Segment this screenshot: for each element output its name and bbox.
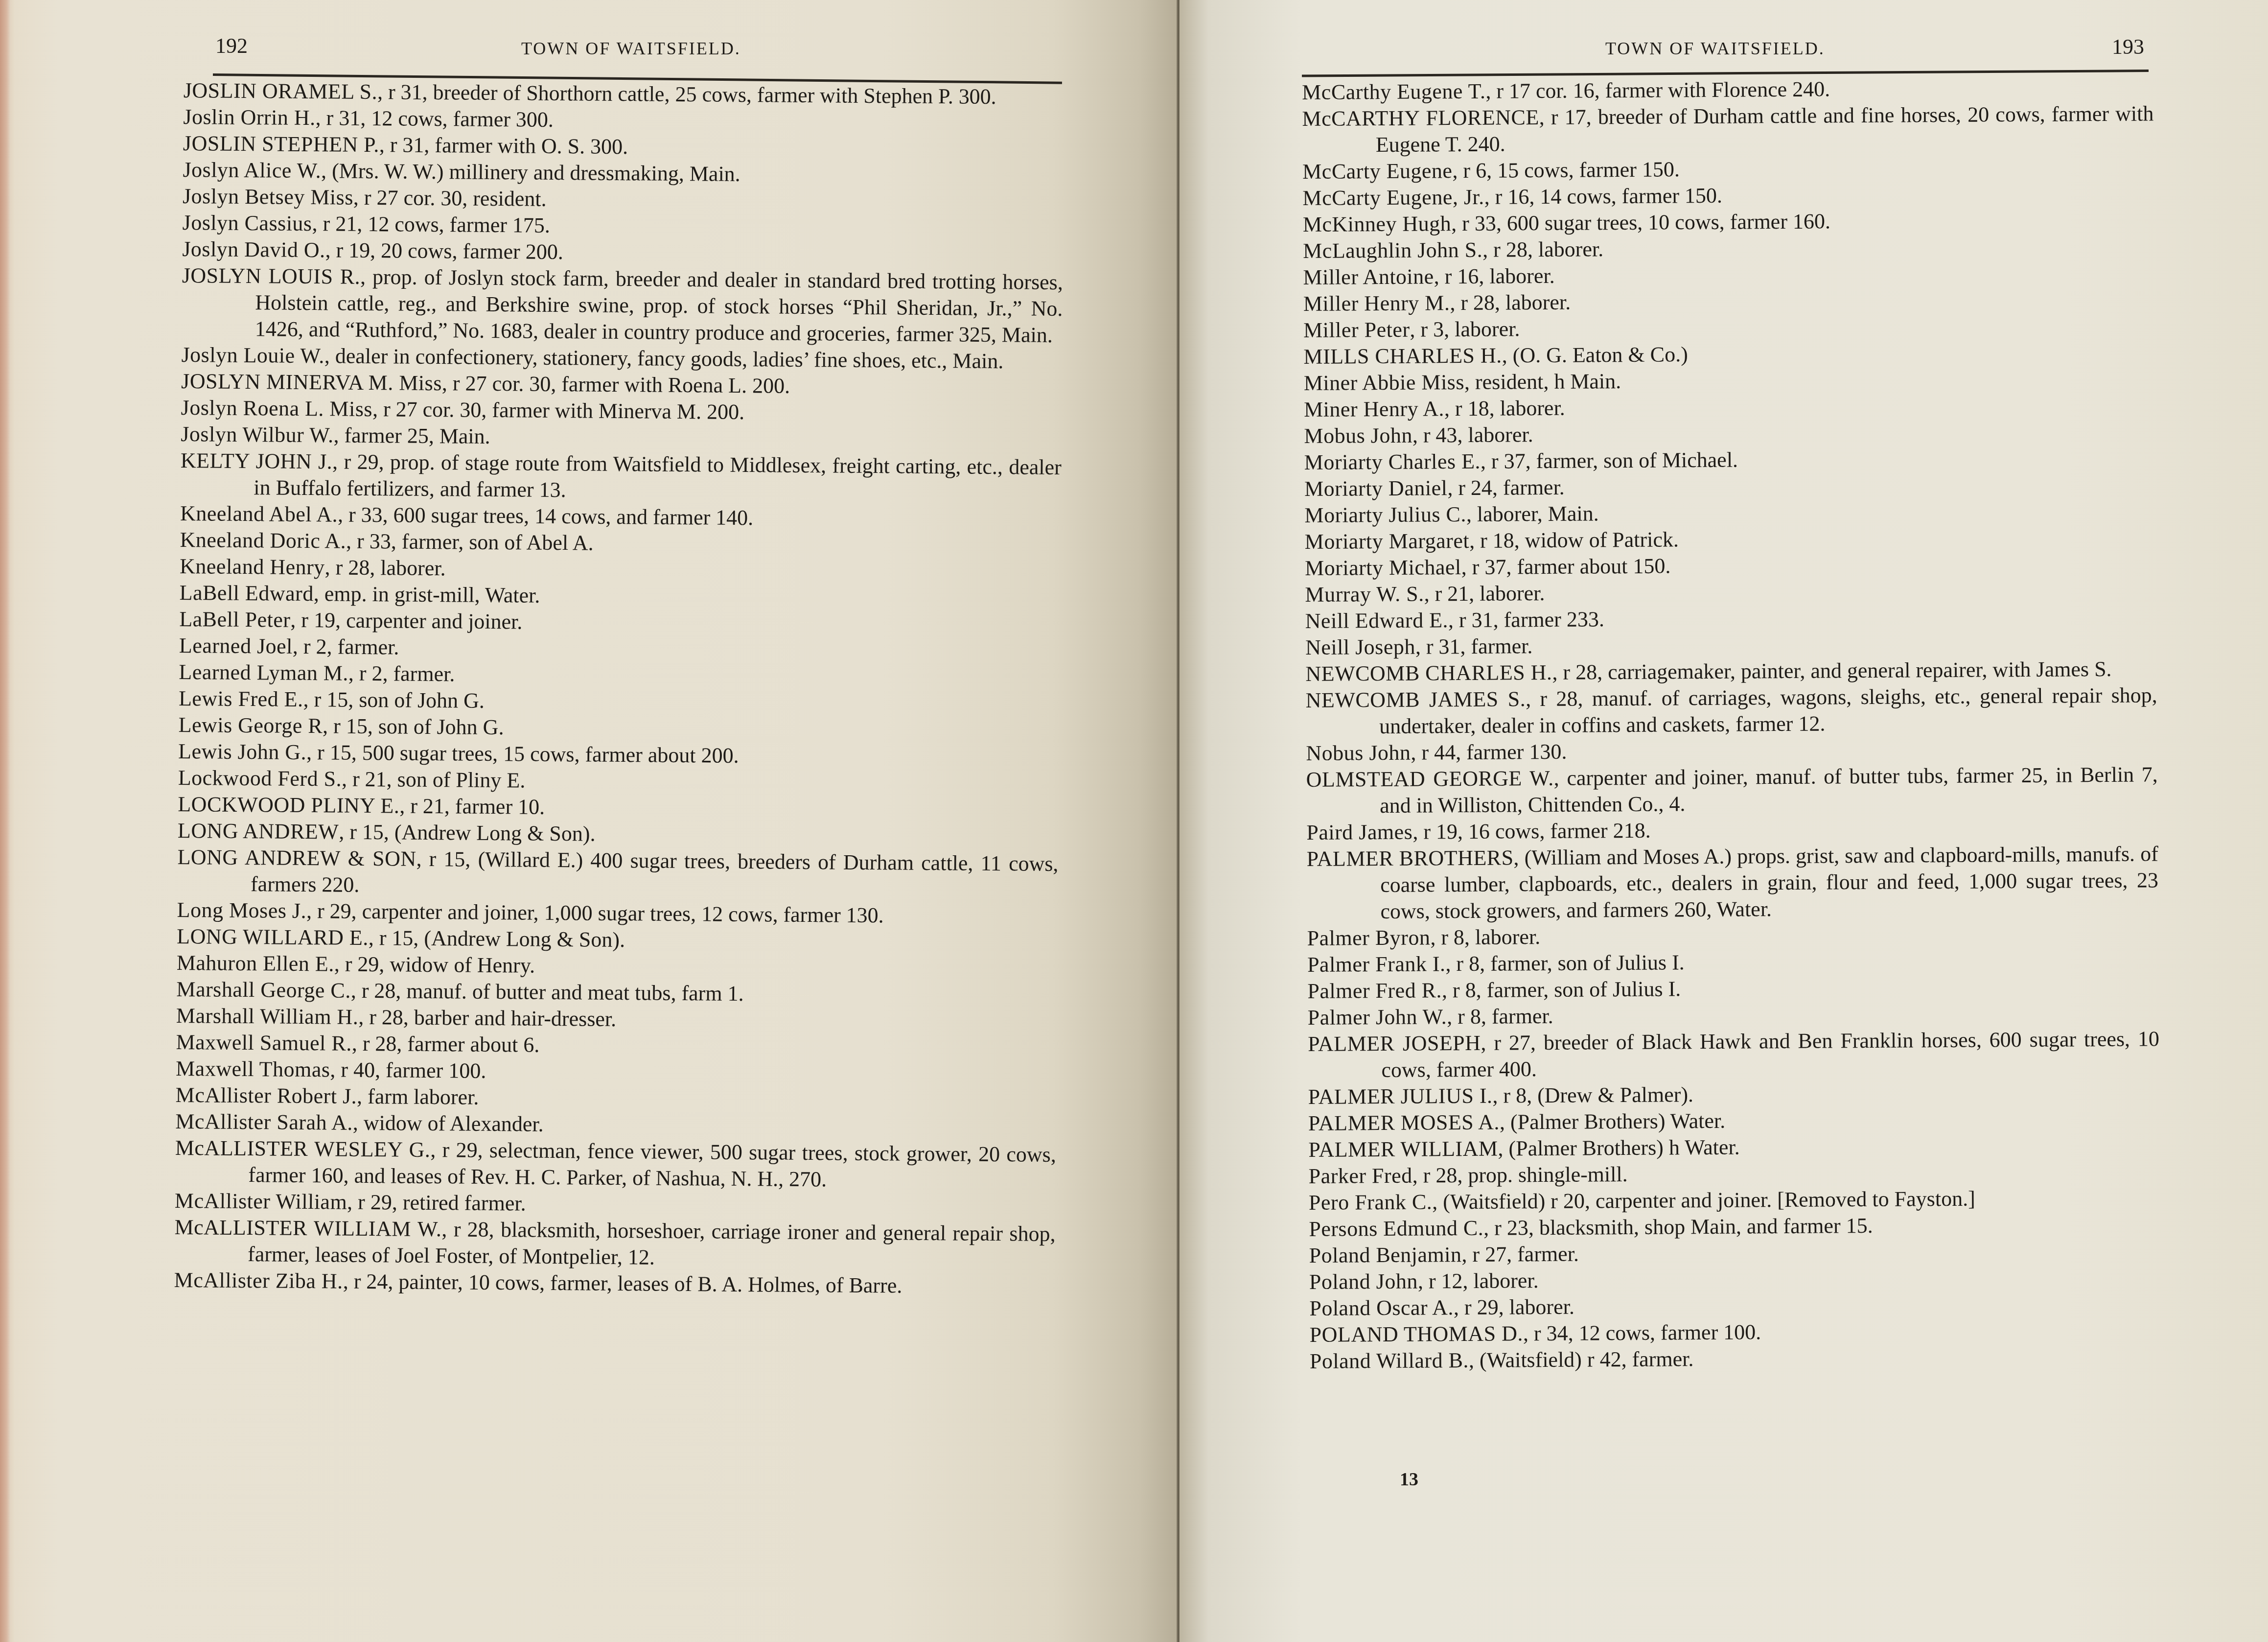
entry-name: Miller Antoine [1303,264,1434,289]
entry-name: LONG ANDREW & SON [177,845,416,871]
directory-entry: OLMSTEAD GEORGE W., carpenter and joiner… [1306,761,2158,820]
entry-details: , r 21, laborer. [1424,581,1545,606]
entry-name: Palmer Fred R. [1307,978,1442,1003]
directory-entry: McCARTHY FLORENCE, r 17, breeder of Durh… [1302,100,2154,159]
entry-details: , r 34, 12 cows, farmer 100. [1523,1320,1761,1345]
directory-entry: LONG ANDREW & SON, r 15, (Willard E.) 40… [177,844,1059,904]
entry-details: , r 8, (Drew & Palmer). [1492,1082,1693,1108]
entry-details: , r 29, prop. of stage route from Waitsf… [254,449,1062,502]
entry-name: PALMER BROTHERS [1307,845,1514,871]
entry-name: Palmer Frank I. [1307,952,1446,977]
page-number-left: 192 [215,33,248,58]
entry-details: , r 28, laborer. [325,555,446,580]
entry-details: , r 27 cor. 30, farmer with Roena L. 200… [442,371,790,398]
entry-details: , prop. of Joslyn stock farm, breeder an… [255,265,1063,347]
entry-name: McAllister William [175,1189,347,1214]
entry-name: Pero Frank C. [1309,1190,1432,1215]
entry-details: , (O. G. Eaton & Co.) [1502,342,1688,367]
directory-entry: McALLISTER WESLEY G., r 29, selectman, f… [175,1135,1056,1195]
entry-name: LaBell Edward [180,581,314,606]
entry-details: , r 33, 600 sugar trees, 14 cows, and fa… [338,503,754,530]
entry-details: , r 19, 16 cows, farmer 218. [1412,819,1651,844]
entry-details: , r 40, farmer 100. [330,1057,486,1083]
entry-name: Marshall William H. [176,1004,359,1029]
entry-name: McCarthy Eugene T. [1302,79,1485,104]
entry-details: , r 19, carpenter and joiner. [290,608,522,634]
entry-details: , widow of Alexander. [353,1111,544,1136]
entry-name: Persons Edmund C. [1309,1216,1483,1241]
entry-details: , r 28, laborer. [1450,290,1571,315]
entry-details: , r 15, (Andrew Long & Son). [339,820,596,846]
entry-details: , (Palmer Brothers) Water. [1500,1109,1725,1134]
entry-name: JOSLYN MINERVA M. Miss [181,369,442,395]
entry-name: McALLISTER WESLEY G. [175,1136,431,1162]
entry-name: Lewis Fred E. [179,686,303,711]
entry-name: Lewis John G. [178,739,306,764]
entry-name: Paird James [1306,820,1412,844]
entry-details: , farm laborer. [357,1084,479,1109]
directory-entry: PALMER BROTHERS, (William and Moses A.) … [1307,841,2159,925]
entry-name: Learned Joel [179,633,293,658]
entry-details: , r 23, blacksmith, shop Main, and farme… [1483,1214,1873,1240]
entry-details: , laborer, Main. [1466,501,1599,526]
entry-details: , (Mrs. W. W.) millinery and dressmaking… [321,159,741,186]
entry-name: Joslyn Alice W. [183,158,321,183]
entry-details: , r 31, farmer 233. [1448,607,1604,632]
entry-details: , r 31, farmer with O. S. 300. [379,133,628,159]
entry-details: , r 15, (Andrew Long & Son). [369,926,625,952]
entry-name: Joslyn Betsey Miss [183,184,353,210]
entry-details: , r 27 cor. 30, resident. [353,186,547,211]
entry-name: JOSLIN STEPHEN P. [183,131,379,157]
entry-name: POLAND THOMAS D. [1310,1321,1524,1347]
entry-name: Marshall George C. [176,977,351,1003]
entry-name: McALLISTER WILLIAM W. [174,1215,441,1241]
entry-name: McAllister Ziba H. [174,1268,343,1293]
entry-details: , r 15, son of John G. [303,687,485,713]
entry-name: McAllister Sarah A. [175,1109,353,1135]
entry-details: , r 33, farmer, son of Abel A. [346,529,594,555]
entry-details: , r 15, son of John G. [323,714,504,739]
entry-details: , r 21, 12 cows, farmer 175. [312,211,550,237]
entry-details: , r 8, farmer. [1447,1004,1553,1029]
running-head-right: TOWN OF WAITSFIELD. [1605,38,1825,59]
entry-details: , r 27 cor. 30, farmer with Minerva M. 2… [372,397,744,424]
entry-name: OLMSTEAD GEORGE W. [1306,766,1554,792]
entry-name: Joslyn Cassius [182,211,312,235]
entry-name: Mobus John [1304,423,1412,448]
directory-list-left: JOSLIN ORAMEL S., r 31, breeder of Short… [174,77,1064,1300]
entry-details: , r 28, laborer. [1482,237,1603,262]
entry-name: Kneeland Abel A. [180,501,338,527]
entry-name: Maxwell Thomas [176,1056,330,1081]
entry-details: , r 8, farmer, son of Julius I. [1442,977,1681,1002]
entry-details: , r 24, painter, 10 cows, farmer, leases… [343,1269,903,1298]
entry-details: , r 3, laborer. [1410,317,1520,341]
entry-details: , farmer 25, Main. [333,423,490,448]
entry-name: Maxwell Samuel R. [176,1030,352,1056]
entry-name: Poland John [1309,1269,1418,1294]
entry-name: Parker Fred [1309,1164,1412,1188]
entry-name: Moriarty Michael [1305,555,1461,580]
entry-details: , r 27, farmer. [1461,1242,1579,1267]
entry-details: , r 15, 500 sugar trees, 15 cows, farmer… [306,740,739,768]
directory-entry: NEWCOMB JAMES S., r 28, manuf. of carria… [1306,682,2158,740]
entry-details: , r 44, farmer 130. [1411,740,1567,765]
entry-details: , r 21, son of Pliny E. [342,767,526,793]
entry-details: , r 29, carpenter and joiner, 1,000 suga… [306,899,884,927]
entry-name: LaBell Peter [179,607,291,632]
page-number-right: 193 [2112,34,2144,59]
entry-details: , r 31, breeder of Shorthorn cattle, 25 … [377,80,996,109]
entry-name: NEWCOMB CHARLES H. [1305,660,1552,686]
directory-entry: McALLISTER WILLIAM W., r 28, blacksmith,… [174,1214,1056,1274]
entry-name: Murray W. S. [1305,582,1424,606]
entry-name: KELTY JOHN J. [181,448,333,473]
entry-name: Miner Henry A. [1304,397,1444,422]
entry-details: , r 28, farmer about 6. [352,1032,540,1057]
entry-name: Lockwood Ferd S. [178,766,342,791]
entry-details: , r 2, farmer. [293,634,399,659]
entry-details: , r 8, farmer, son of Julius I. [1445,950,1685,976]
page-edge [0,0,11,1642]
directory-entry: PALMER JOSEPH, r 27, breeder of Black Ha… [1308,1026,2160,1084]
entry-details: , r 28, barber and hair-dresser. [358,1005,616,1031]
entry-name: Kneeland Henry [180,554,325,579]
entry-name: McKinney Hugh [1303,211,1452,236]
entry-details: , r 24, farmer. [1447,475,1565,500]
entry-details: , r 37, farmer, son of Michael. [1481,448,1738,473]
directory-entry: Poland Willard B., (Waitsfield) r 42, fa… [1310,1343,2161,1375]
entry-name: McCarty Eugene, Jr. [1302,185,1484,210]
entry-details: , r 17 cor. 16, farmer with Florence 240… [1485,77,1830,103]
entry-name: LOCKWOOD PLINY E. [178,792,399,818]
entry-name: Kneeland Doric A. [180,528,346,553]
entry-name: PALMER MOSES A. [1308,1110,1500,1135]
directory-entry: JOSLYN LOUIS R., prop. of Joslyn stock f… [182,262,1063,349]
entry-name: McLaughlin John S. [1303,238,1482,263]
entry-details: , (Waitsfield) r 20, carpenter and joine… [1432,1187,1975,1214]
entry-name: NEWCOMB JAMES S. [1306,687,1526,712]
entry-name: Poland Oscar A. [1309,1295,1454,1320]
entry-name: Palmer Byron [1307,925,1431,950]
entry-details: , r 19, 20 cows, farmer 200. [325,238,563,264]
signature-mark: 13 [1400,1469,1418,1490]
entry-details: , (Palmer Brothers) h Water. [1498,1135,1739,1161]
entry-name: LONG WILLARD E. [177,924,369,950]
right-page: TOWN OF WAITSFIELD. 193 McCarthy Eugene … [1180,0,2268,1642]
entry-details: , r 29, laborer. [1454,1295,1574,1320]
entry-name: Miner Abbie Miss [1304,370,1465,395]
entry-details: , r 12, laborer. [1418,1268,1539,1293]
entry-name: Moriarty Charles E. [1304,449,1481,474]
entry-name: PALMER JOSEPH [1308,1031,1481,1056]
entry-name: Long Moses J. [177,898,306,923]
entry-details: , r 43, laborer. [1412,422,1533,447]
entry-name: Joslyn David O. [182,237,325,262]
directory-entry: KELTY JOHN J., r 29, prop. of stage rout… [180,447,1062,507]
entry-name: Moriarty Margaret [1305,529,1470,554]
entry-name: Miller Peter [1303,318,1410,342]
entry-name: Joslyn Wilbur W. [181,422,334,447]
entry-name: LONG ANDREW [178,819,339,844]
entry-details: , r 37, farmer about 150. [1461,554,1671,579]
entry-name: Poland Benjamin [1309,1243,1462,1267]
entry-details: , (Waitsfield) r 42, farmer. [1469,1347,1694,1372]
entry-details: , r 27, breeder of Black Hawk and Ben Fr… [1381,1027,2159,1082]
directory-list-right: McCarthy Eugene T., r 17 cor. 16, farmer… [1302,74,2161,1375]
entry-details: , dealer in confectionery, stationery, f… [324,344,1004,373]
entry-details: , r 29, widow of Henry. [334,952,535,977]
entry-name: PALMER JULIUS I. [1308,1084,1493,1109]
entry-name: McCARTHY FLORENCE [1302,105,1539,131]
entry-name: JOSLIN ORAMEL S. [184,78,378,104]
entry-name: Joslyn Roena L. Miss [181,396,373,421]
entry-name: Nobus John [1306,741,1411,765]
entry-details: , r 28, prop. shingle-mill. [1412,1162,1628,1188]
entry-details: , r 18, laborer. [1444,396,1565,421]
entry-details: , r 8, laborer. [1430,925,1540,949]
entry-name: Moriarty Daniel [1304,476,1447,501]
entry-name: Neill Joseph [1305,635,1415,659]
entry-name: Moriarty Julius C. [1304,502,1466,527]
entry-details: , r 21, farmer 10. [399,794,545,819]
entry-details: , resident, h Main. [1464,369,1621,394]
entry-details: , r 18, widow of Patrick. [1469,527,1679,553]
entry-details: , r 33, 600 sugar trees, 10 cows, farmer… [1451,209,1830,235]
entry-details: , r 28, manuf. of butter and meat tubs, … [351,979,744,1006]
entry-details: , r 6, 15 cows, farmer 150. [1452,157,1680,183]
entry-name: Neill Edward E. [1305,608,1448,633]
entry-details: , r 29, retired farmer. [347,1190,526,1216]
entry-name: Poland Willard B. [1310,1348,1469,1373]
running-head-left: TOWN OF WAITSFIELD. [521,38,741,59]
entry-name: Palmer John W. [1308,1005,1447,1030]
entry-name: Learned Lyman M. [179,660,348,685]
entry-details: , r 28, carriagemaker, painter, and gene… [1552,657,2111,684]
left-page: 192 TOWN OF WAITSFIELD. JOSLIN ORAMEL S.… [0,0,1180,1642]
entry-name: Miller Henry M. [1303,291,1450,316]
entry-details: , r 16, laborer. [1434,264,1555,289]
entry-details: , r 31, 12 cows, farmer 300. [315,106,554,132]
entry-name: Joslin Orrin H. [183,105,316,130]
entry-name: Joslyn Louie W. [181,343,324,368]
entry-name: McCarty Eugene [1302,159,1453,184]
entry-details: , r 16, 14 cows, farmer 150. [1484,184,1723,209]
entry-name: McAllister Robert J. [175,1083,357,1108]
entry-details: , emp. in grist-mill, Water. [314,582,540,608]
entry-name: PALMER WILLIAM [1308,1137,1498,1162]
entry-details: , r 31, farmer. [1415,634,1533,658]
entry-details: , r 2, farmer. [348,661,455,686]
entry-name: Lewis George R [178,713,323,738]
entry-name: MILLS CHARLES H. [1303,344,1502,369]
entry-name: Mahuron Ellen E. [177,951,334,976]
entry-name: JOSLYN LOUIS R. [182,263,361,289]
